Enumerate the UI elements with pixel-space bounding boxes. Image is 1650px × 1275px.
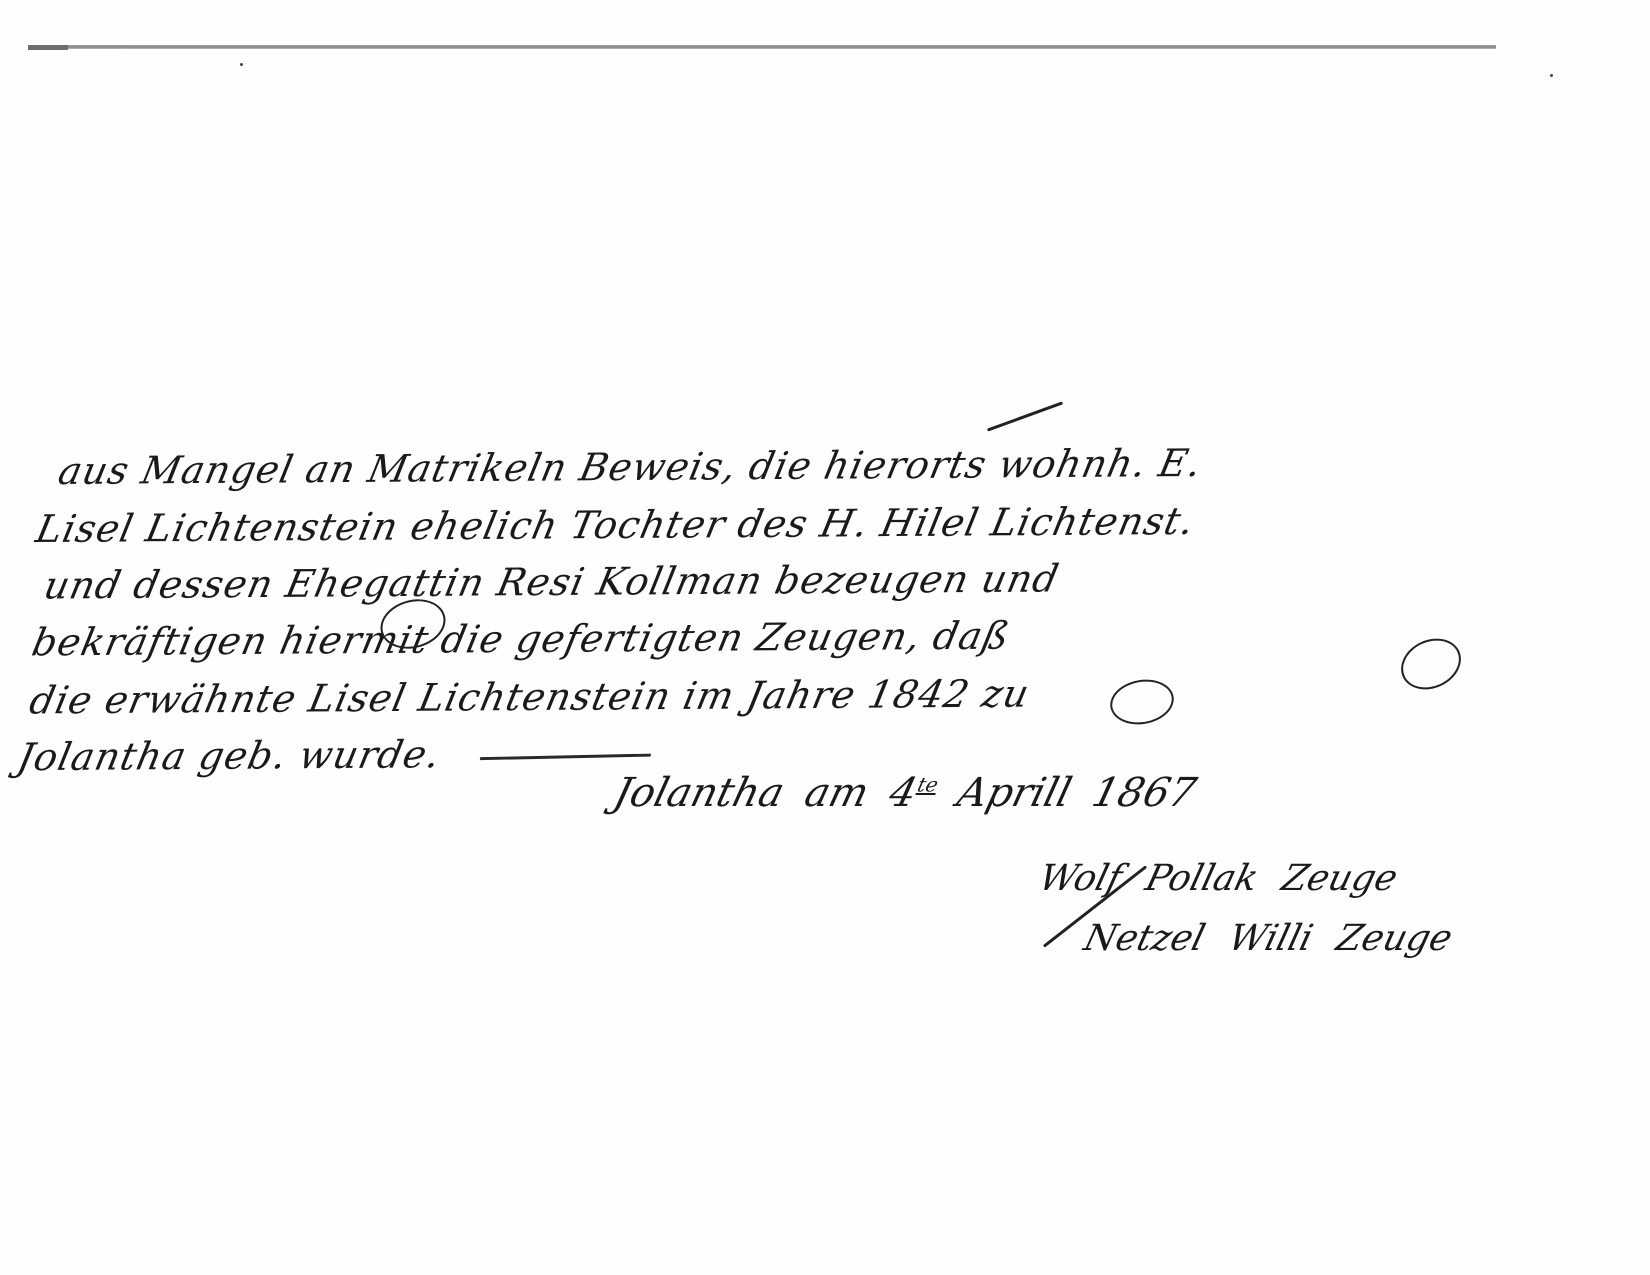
scan-top-border-line [28,45,1496,49]
text-line-4: bekräftigen hiermit die gefertigten Zeug… [27,609,1015,670]
text-line-6: Jolantha geb. wurde. [13,726,657,784]
signature-witness-1: Wolf Pollak Zeuge [1035,858,1402,899]
signature-name: Netzel Willi [1080,918,1317,959]
text-line-6-text: Jolantha geb. wurde. [14,732,445,779]
text-line-2: Lisel Lichtenstein ehelich Tochter des H… [31,494,1199,556]
ink-loop-flourish [1393,629,1469,699]
pen-stroke-flourish [987,401,1063,431]
text-line-1: aus Mangel an Matrikeln Beweis, die hier… [54,436,1207,498]
text-line-5: die erwähnte Lisel Lichtenstein im Jahre… [25,667,1035,728]
place-and-date: Jolantha am 4te Aprill 1867 [609,770,1200,816]
ink-loop-flourish [1107,675,1178,729]
signature-role: Zeuge [1278,858,1402,899]
scanned-page: aus Mangel an Matrikeln Beweis, die hier… [0,0,1650,1275]
text-line-3: und dessen Ehegattin Resi Kollman bezeug… [39,551,1064,612]
date-month: Aprill [953,770,1076,816]
signature-role: Zeuge [1332,918,1456,959]
scan-speck [1550,74,1553,77]
date-connector: am [800,770,873,816]
date-year: 1867 [1087,770,1200,816]
scan-speck [240,63,243,66]
end-of-text-dash [480,754,651,761]
signature-witness-2: Netzel Willi Zeuge [1080,918,1456,959]
date-day: 4te [885,770,942,816]
day-suffix: te [915,773,941,797]
place-name: Jolantha [609,770,789,816]
signature-name: Wolf Pollak [1035,858,1262,899]
